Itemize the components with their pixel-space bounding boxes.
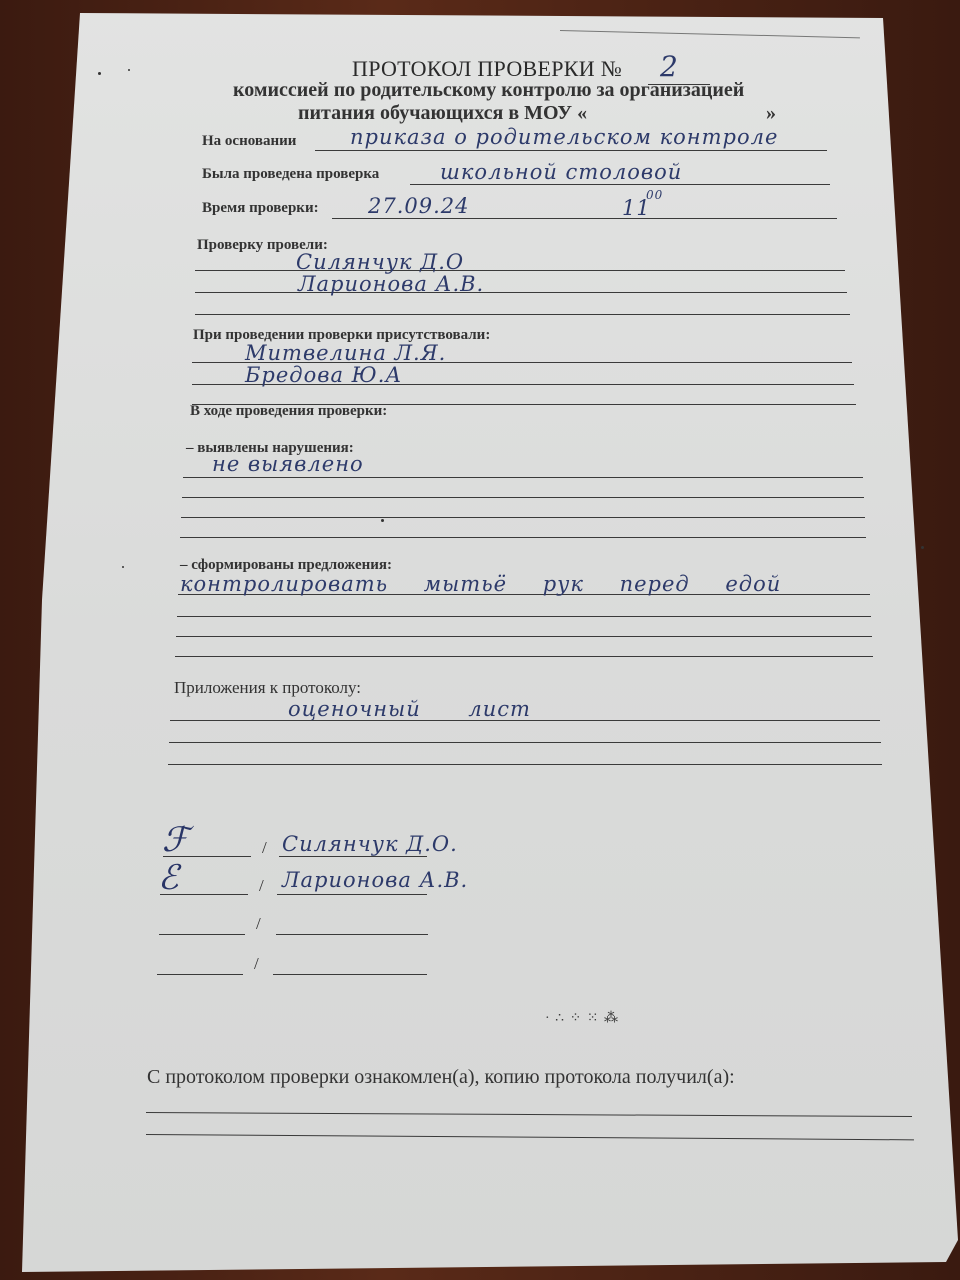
inspectors-line-1 [195,270,845,271]
member-1-signature[interactable]: ℱ [162,820,189,860]
member-2-name[interactable]: Ларионова А.В. [282,868,468,892]
violations-line-3 [181,517,865,518]
paper-speck [921,546,924,549]
member-4-separator: / [254,954,259,974]
during-inspection-label: В ходе проведения проверки: [190,403,387,420]
paper-speck [98,72,101,75]
basis-line [315,150,827,151]
member-1-separator: / [262,838,267,858]
present-1[interactable]: Митвелина Л.Я. [245,341,446,365]
member-2-separator: / [259,876,264,896]
paper-speck [122,566,124,568]
inspectors-line-3 [195,314,850,315]
violations-line-1 [183,477,863,478]
violations-line-2 [182,497,864,498]
present-2[interactable]: Бредова Ю.А [245,363,402,387]
toner-smudge: · ∴ ⁘ ⁙ ⁂ [545,1010,619,1027]
inspector-2[interactable]: Ларионова А.В. [298,272,484,296]
member-1-name-line [279,856,427,857]
paper-speck [128,69,130,71]
document-subtitle-line1: комиссией по родительскому контролю за о… [233,79,744,102]
document-subtitle-line2: питания обучающихся в МОУ « [298,102,587,125]
time-label: Время проверки: [202,200,319,217]
inspected-label: Была проведена проверка [202,166,379,183]
basis-label: На основании [202,133,296,150]
member-3-name-line[interactable] [276,934,428,935]
attachments-line-3 [168,764,882,765]
member-2-name-line [277,894,427,895]
proposals-line-2 [177,616,871,617]
member-2-signature-line [160,894,248,895]
inspected-line [410,184,830,185]
time-date[interactable]: 27.09.24 [368,194,470,218]
violations-line-4 [180,537,866,538]
member-1-name[interactable]: Силянчук Д.О. [282,832,458,856]
member-4-signature-line[interactable] [157,974,243,975]
acknowledgement-label: С протоколом проверки ознакомлен(а), коп… [147,1066,735,1089]
attachments-value[interactable]: оценочный лист [288,697,531,721]
basis-value[interactable]: приказа о родительском контроле [350,125,778,149]
member-4-name-line[interactable] [273,974,427,975]
member-3-signature-line[interactable] [159,934,245,935]
member-3-separator: / [256,914,261,934]
paper-speck [381,519,384,522]
subtitle-close-quote: » [766,102,776,125]
inspector-1[interactable]: Силянчук Д.О [296,250,464,274]
attachments-label: Приложения к протоколу: [174,678,361,698]
violations-value[interactable]: не выявлено [212,452,364,476]
member-2-signature[interactable]: ℰ [158,858,179,898]
proposals-line-4 [175,656,873,657]
inspectors-line-2 [195,292,847,293]
proposals-value[interactable]: контролировать мытьё рук перед едой [180,572,781,596]
time-line [332,218,837,219]
inspected-value[interactable]: школьной столовой [440,160,682,184]
proposals-line-3 [176,636,872,637]
attachments-line-2 [169,742,881,743]
time-minutes[interactable]: 00 [646,188,663,202]
